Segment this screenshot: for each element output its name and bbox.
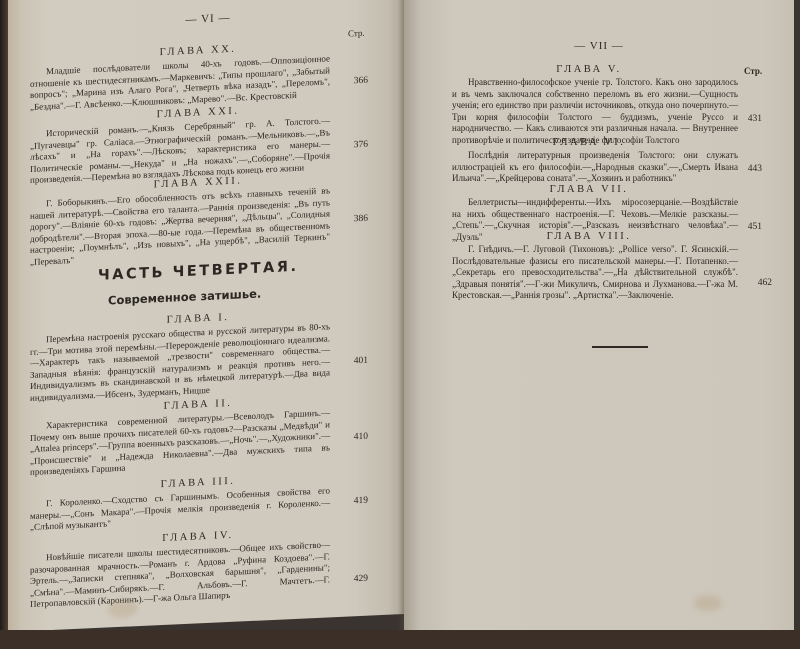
chapter-summary: Г. Боборыкинъ.—Его обособленность отъ вс…: [30, 185, 330, 268]
chapter-summary: Перемѣна настроенія русскаго общества и …: [30, 321, 330, 404]
page-number: 462: [742, 278, 772, 288]
left-page: — VI — Стр. ГЛАВА XX. Младшіе послѣдоват…: [8, 0, 404, 632]
chapter-title: ГЛАВА VIII.: [474, 231, 704, 242]
page-number: 451: [732, 222, 762, 232]
chapter-title: ГЛАВА VI.: [474, 137, 704, 148]
page-number: 443: [732, 164, 762, 174]
page-column-label: Стр.: [744, 66, 762, 76]
page-number: 386: [338, 214, 368, 225]
page-folio: — VII —: [554, 40, 644, 52]
page-number: 366: [338, 76, 368, 87]
page-number: 431: [732, 114, 762, 124]
part-subtitle: Современное затишье.: [108, 286, 261, 307]
chapter-summary: Новѣйшіе писатели школы шестидесятниковъ…: [30, 539, 330, 611]
page-number: 410: [338, 432, 368, 443]
page-number: 429: [338, 574, 368, 585]
end-rule: [592, 346, 648, 348]
page-column-label: Стр.: [348, 28, 365, 39]
chapter-title: ГЛАВА V.: [474, 64, 704, 75]
paper-stain: [108, 599, 138, 618]
chapter-summary: Послѣднія литературныя произведенія Толс…: [452, 150, 738, 185]
table-surface: [0, 630, 800, 649]
right-page: — VII — Стр. ГЛАВА V. Нравственно-филосо…: [404, 0, 794, 632]
page-number: 376: [338, 140, 368, 151]
book-spread: — VI — Стр. ГЛАВА XX. Младшіе послѣдоват…: [0, 0, 800, 649]
page-number: 419: [338, 496, 368, 507]
page-number: 401: [338, 356, 368, 367]
chapter-summary: Характеристика современной литературы.—В…: [30, 407, 330, 479]
paper-stain: [694, 595, 722, 611]
chapter-summary: Г. Гнѣдичъ.—Г. Луговой (Тихоновъ): „Poll…: [452, 244, 738, 302]
chapter-title: ГЛАВА VII.: [474, 184, 704, 195]
page-folio: — VI —: [158, 11, 258, 28]
